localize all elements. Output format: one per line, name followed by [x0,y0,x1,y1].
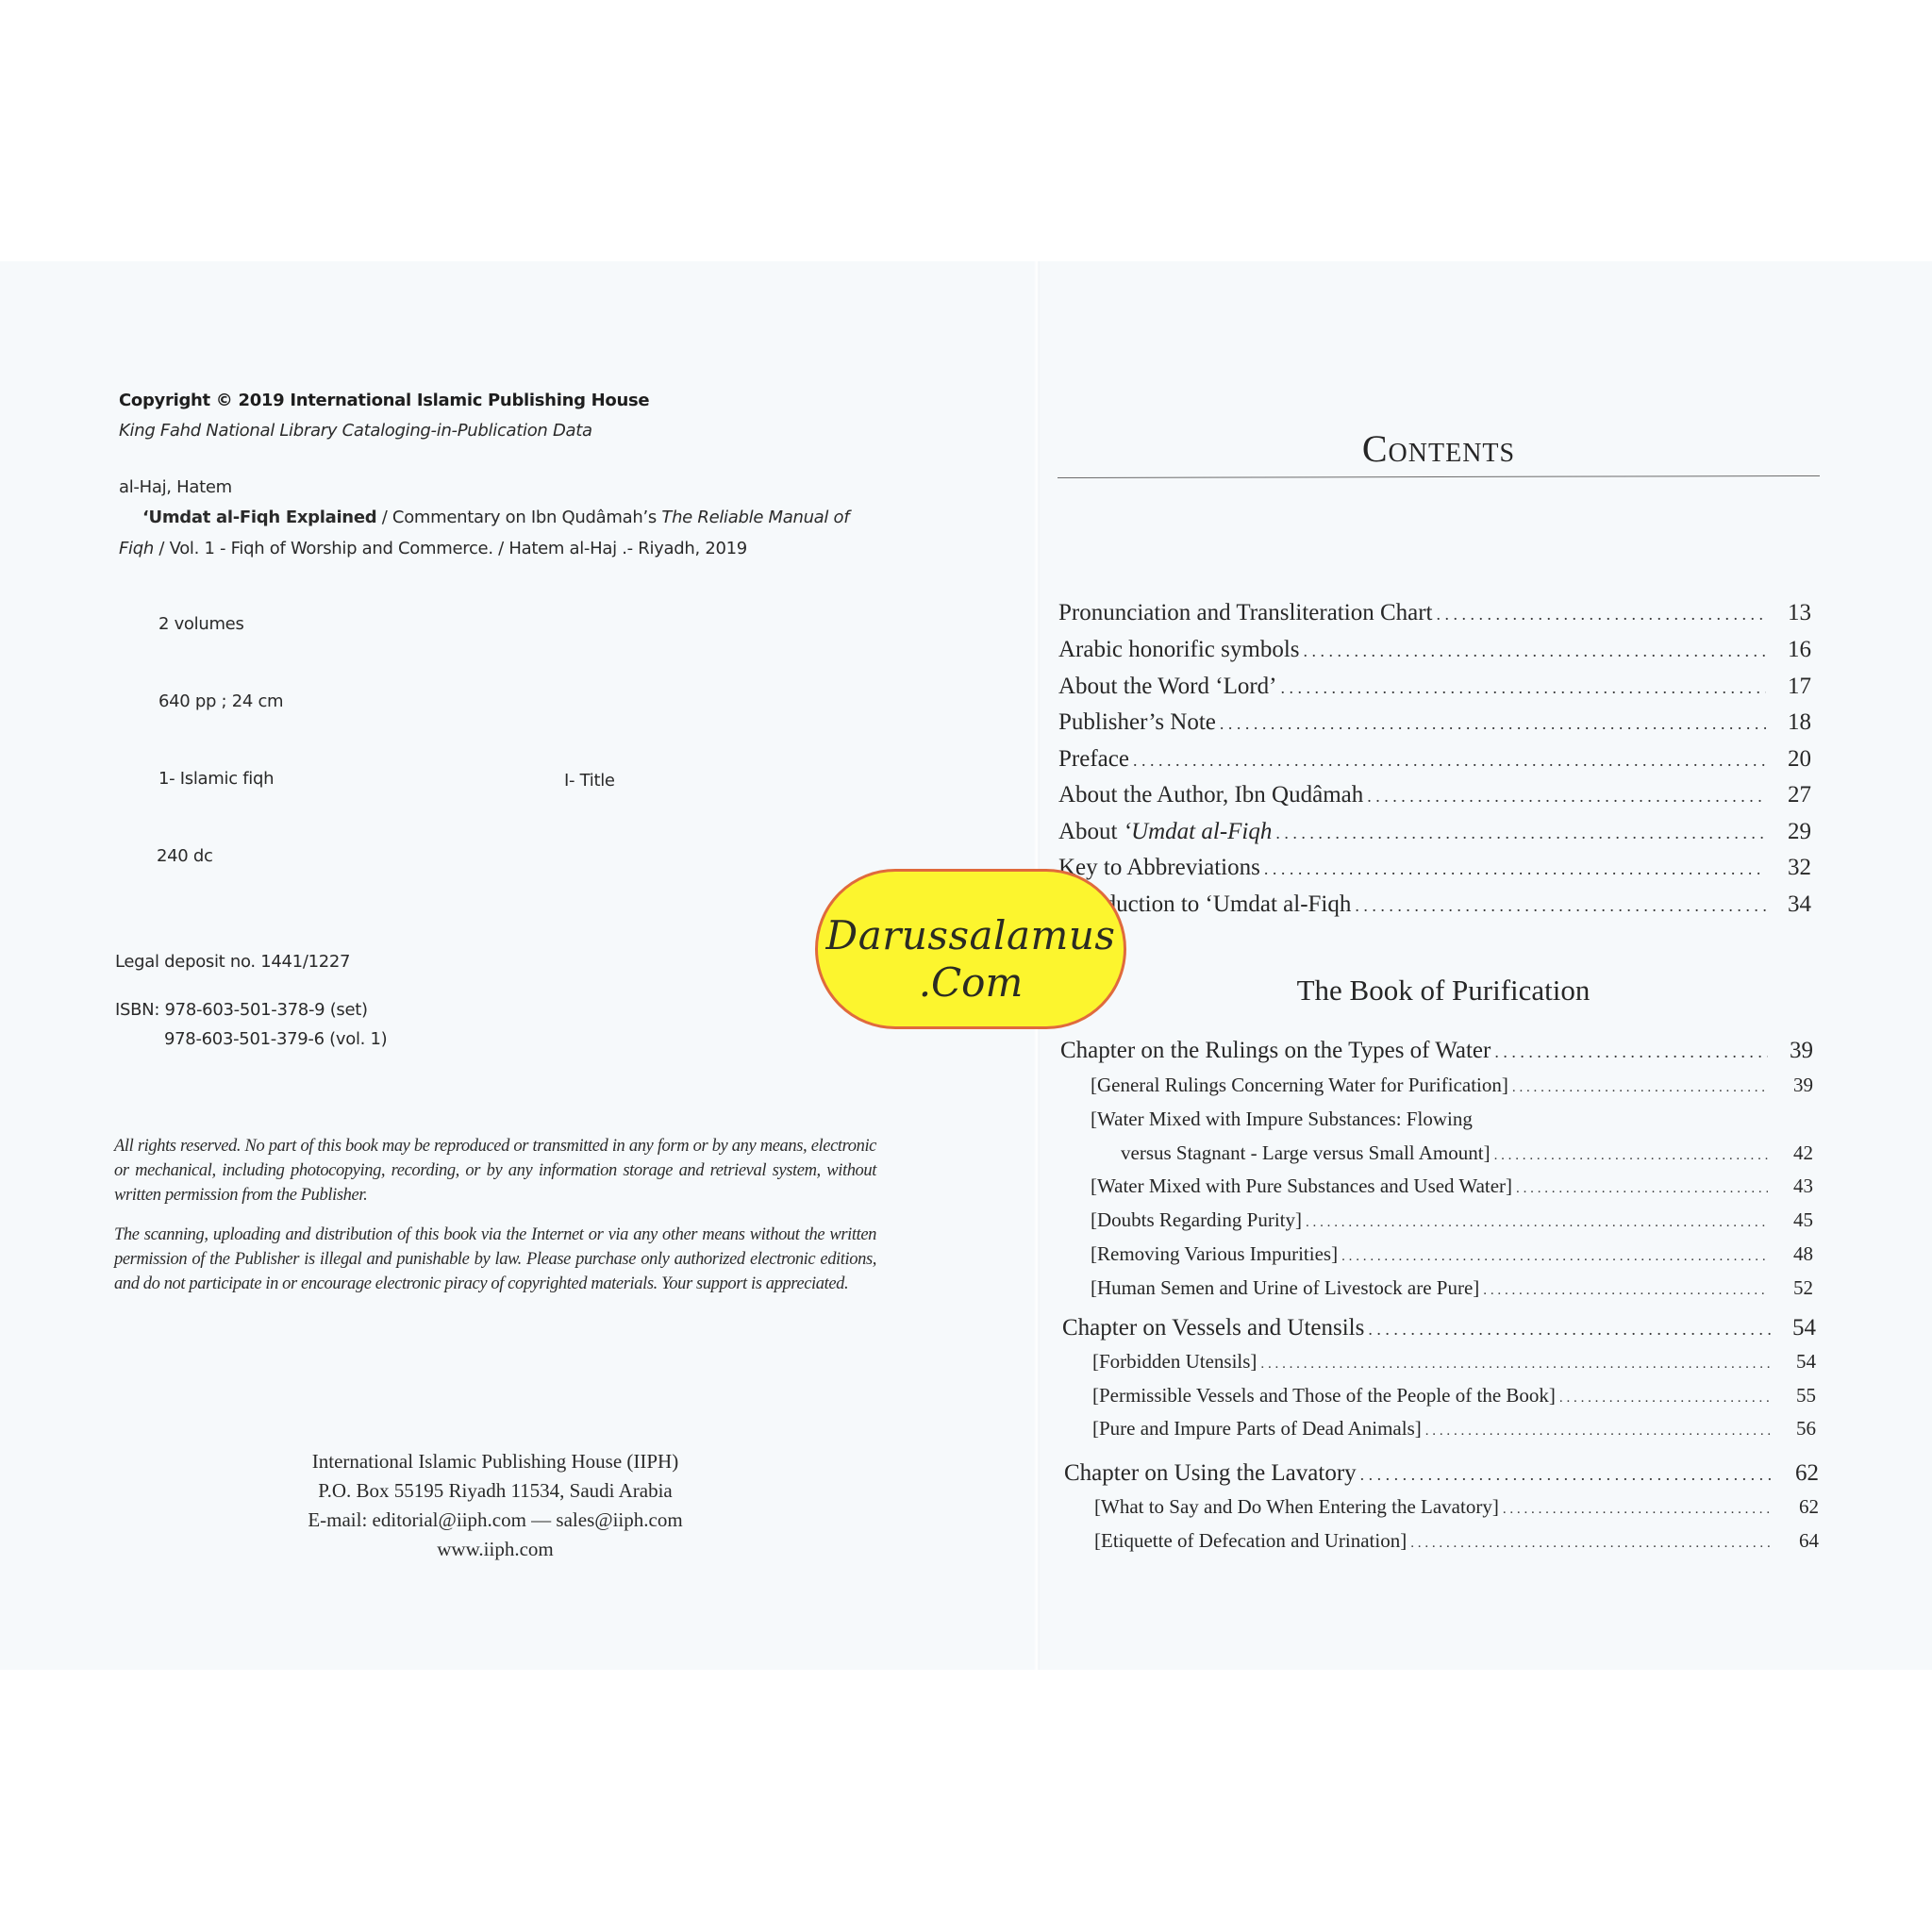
toc-page-number: 54 [1776,1315,1816,1341]
cataloging-line: King Fahd National Library Cataloging-in… [119,421,592,441]
isbn-set: ISBN: 978-603-501-378-9 (set) [115,1000,368,1020]
toc-entry-title: Chapter on the Rulings on the Types of W… [1060,1038,1491,1064]
dot-leader [1483,1283,1768,1299]
toc-entry-title: Publisher’s Note [1058,709,1216,736]
dot-leader [1516,1181,1768,1197]
toc-section: [Water Mixed with Pure Substances and Us… [1091,1174,1813,1198]
toc-page-number: 16 [1772,637,1811,663]
watermark-badge: Darussalamus .Com [815,869,1126,1029]
toc-entry: Key to Abbreviations32 [1058,855,1811,881]
contents-heading: Contents [1057,426,1821,471]
toc-page-number: 20 [1772,746,1811,773]
toc-entry-title: Arabic honorific symbols [1058,637,1300,663]
book-heading: The Book of Purification [1057,974,1830,1008]
dot-leader [1559,1391,1771,1407]
dot-leader [1306,1215,1768,1231]
toc-entry-title: [Pure and Impure Parts of Dead Animals] [1092,1417,1422,1441]
toc-page-number: 39 [1774,1038,1813,1064]
toc-page-number: 42 [1774,1141,1813,1165]
toc-page-number: 55 [1776,1384,1816,1407]
toc-section: versus Stagnant - Large versus Small Amo… [1121,1141,1813,1165]
toc-section: [What to Say and Do When Entering the La… [1094,1495,1819,1519]
dot-leader [1304,641,1766,661]
toc-entry: Arabic honorific symbols16 [1058,637,1811,663]
dot-leader [1367,787,1766,807]
toc-page-number: 13 [1772,600,1811,626]
dot-leader [1425,1424,1771,1440]
book-title: ‘Umdat al-Fiqh Explained [142,508,376,527]
toc-page-number: 32 [1772,855,1811,881]
copyright-line: Copyright © 2019 International Islamic P… [119,391,649,410]
dot-leader [1512,1080,1768,1096]
toc-page-number: 54 [1776,1350,1816,1374]
publisher-address: International Islamic Publishing House (… [236,1447,755,1564]
watermark-line2: .Com [818,959,1124,1006]
toc-entry-title: [Doubts Regarding Purity] [1091,1208,1302,1232]
dot-leader [1260,1357,1771,1373]
toc-section: [General Rulings Concerning Water for Pu… [1091,1074,1813,1097]
toc-entry-title: Key to Abbreviations [1058,855,1260,881]
dot-leader [1503,1502,1774,1518]
toc-entry-title: [Water Mixed with Pure Substances and Us… [1091,1174,1512,1198]
watermark-line1: Darussalamus [818,912,1124,958]
toc-entry-title: About the Author, Ibn Qudâmah [1058,782,1363,808]
toc-chapter: Chapter on Vessels and Utensils54 [1062,1315,1816,1341]
toc-page-number: 45 [1774,1208,1813,1232]
toc-page-number: 39 [1774,1074,1813,1097]
toc-page-number: 34 [1772,891,1811,918]
toc-entry: Publisher’s Note18 [1058,709,1811,736]
toc-entry: About the Word ‘Lord’17 [1058,674,1811,700]
toc-section: [Permissible Vessels and Those of the Pe… [1092,1384,1816,1407]
toc-page-number: 64 [1779,1529,1819,1553]
toc-section: [Etiquette of Defecation and Urination]6… [1094,1529,1819,1553]
toc-section: [Human Semen and Urine of Livestock are … [1091,1276,1813,1300]
toc-page-number: 62 [1779,1460,1819,1487]
toc-entry: About the Author, Ibn Qudâmah27 [1058,782,1811,808]
dot-leader [1355,896,1766,916]
toc-entry-title: [General Rulings Concerning Water for Pu… [1091,1074,1508,1097]
toc-entry-title: About ‘Umdat al-Fiqh [1058,819,1272,845]
dot-leader [1368,1320,1771,1340]
toc-entry-title: Chapter on Vessels and Utensils [1062,1315,1364,1341]
legal-deposit: Legal deposit no. 1441/1227 [115,952,350,972]
dot-leader [1360,1465,1774,1485]
volumes-entry: 2 volumes [158,614,244,634]
pages-entry: 640 pp ; 24 cm [158,691,283,711]
toc-entry: Preface20 [1058,746,1811,773]
toc-page-number: 43 [1774,1174,1813,1198]
publisher-name: International Islamic Publishing House (… [236,1447,755,1476]
toc-entry-title: [Permissible Vessels and Those of the Pe… [1092,1384,1556,1407]
dot-leader [1436,605,1766,625]
dot-leader [1494,1042,1768,1062]
toc-section: [Doubts Regarding Purity]45 [1091,1208,1813,1232]
publisher-email: E-mail: editorial@iiph.com — sales@iiph.… [236,1506,755,1535]
toc-entry-title: About the Word ‘Lord’ [1058,674,1277,700]
title-entry-line2: Fiqh / Vol. 1 - Fiqh of Worship and Comm… [119,539,747,558]
dot-leader [1220,714,1766,734]
title-added-entry: I- Title [564,771,615,791]
dot-leader [1494,1148,1768,1164]
publisher-website: www.iiph.com [236,1535,755,1564]
toc-chapter: Chapter on the Rulings on the Types of W… [1060,1038,1813,1064]
toc-entry: Introduction to ‘Umdat al-Fiqh34 [1058,891,1811,918]
toc-entry-title: Pronunciation and Transliteration Chart [1058,600,1432,626]
toc-entry-title: versus Stagnant - Large versus Small Amo… [1121,1141,1491,1165]
toc-section: [Pure and Impure Parts of Dead Animals]5… [1092,1417,1816,1441]
piracy-notice: The scanning, uploading and distribution… [114,1223,876,1296]
author-entry: al-Haj, Hatem [119,477,232,497]
dot-leader [1281,678,1766,698]
classification-entry: 240 dc [157,846,213,866]
dot-leader [1341,1249,1768,1265]
dot-leader [1264,859,1766,879]
publisher-po-box: P.O. Box 55195 Riyadh 11534, Saudi Arabi… [236,1476,755,1506]
dot-leader [1410,1536,1774,1552]
toc-chapter: Chapter on Using the Lavatory62 [1064,1460,1819,1487]
toc-page-number: 52 [1774,1276,1813,1300]
toc-entry-title: [Forbidden Utensils] [1092,1350,1257,1374]
toc-entry-title: [Etiquette of Defecation and Urination] [1094,1529,1407,1553]
toc-page-number: 62 [1779,1495,1819,1519]
toc-page-number: 18 [1772,709,1811,736]
toc-page-number: 56 [1776,1417,1816,1441]
toc-entry-title: [Human Semen and Urine of Livestock are … [1091,1276,1479,1300]
toc-entry-title: Chapter on Using the Lavatory [1064,1460,1357,1487]
toc-section-first-line: [Water Mixed with Impure Substances: Flo… [1091,1108,1473,1131]
dot-leader [1275,824,1766,843]
toc-page-number: 48 [1774,1242,1813,1266]
toc-entry-title: [Removing Various Impurities] [1091,1242,1338,1266]
isbn-volume: 978-603-501-379-6 (vol. 1) [164,1029,387,1049]
rights-reserved-notice: All rights reserved. No part of this boo… [114,1134,876,1207]
toc-entry: Pronunciation and Transliteration Chart1… [1058,600,1811,626]
toc-page-number: 17 [1772,674,1811,700]
title-entry-line1: ‘Umdat al-Fiqh Explained / Commentary on… [142,508,849,527]
toc-entry-title: [What to Say and Do When Entering the La… [1094,1495,1499,1519]
toc-entry-title: Preface [1058,746,1129,773]
toc-page-number: 29 [1772,819,1811,845]
dot-leader [1133,751,1766,771]
subject-entry: 1- Islamic fiqh [158,769,274,789]
toc-page-number: 27 [1772,782,1811,808]
toc-section: [Removing Various Impurities]48 [1091,1242,1813,1266]
toc-entry: About ‘Umdat al-Fiqh29 [1058,819,1811,845]
toc-section: [Forbidden Utensils]54 [1092,1350,1816,1374]
